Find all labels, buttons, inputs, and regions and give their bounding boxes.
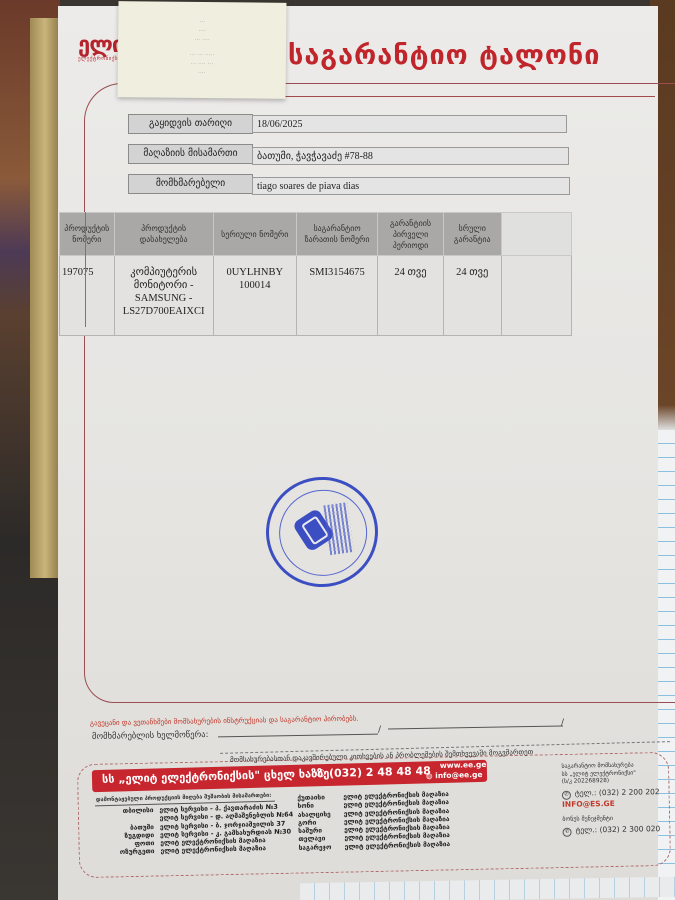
store-address-value: ბათუმი, ჭავჭავაძე #78-88 <box>252 147 569 165</box>
globe-icon: ◍ <box>426 771 435 780</box>
customer-label: მომხმარებელი <box>128 174 253 194</box>
phone-icon: ✆ <box>562 790 571 799</box>
cell-warranty-card: SMI3154675 <box>296 256 377 336</box>
document-title: საგარანტიო ტალონი <box>288 40 600 71</box>
contact-phone2: ტელ.: (032) 2 300 020 <box>575 824 660 834</box>
website-link[interactable]: www.ee.ge <box>440 760 487 770</box>
contact-phone2-row: ✆ტელ.: (032) 2 300 020 <box>562 825 660 837</box>
signature-label: მომხმარებლის ხელმოწერა: <box>92 730 209 742</box>
sticky-note: ... .... ... .... ... ... ..... ... ....… <box>118 1 287 99</box>
logo-mark: ელი <box>78 36 123 56</box>
store-city: ოზურგეთი <box>96 847 160 857</box>
table-row: 197075 კომპიუტერის მონიტორი - SAMSUNG - … <box>60 256 572 336</box>
phone-icon: ✆ <box>562 827 571 836</box>
phone-icon: ✆ <box>316 767 329 780</box>
warranty-contact: საგარანტიო მომსახურება სს „ელიტ ელექტრონ… <box>561 762 660 836</box>
logo-subtitle: ელექტრონიქსი <box>78 56 123 62</box>
sticky-line: .... <box>118 66 286 77</box>
cell-serial-number: 0UYLHNBY 100014 <box>213 256 296 336</box>
col-warranty-card: საგარანტიო ზარათის ნომერი <box>296 213 377 256</box>
contact-email[interactable]: INFO@ES.GE <box>562 799 660 808</box>
margin-line <box>85 212 86 327</box>
contact-dept2: ბონუს მენეჯმენტი <box>562 814 660 823</box>
banner-phone-number: (032) 2 48 48 48 <box>329 764 431 780</box>
cell-product-name: კომპიუტერის მონიტორი - SAMSUNG - LS27D70… <box>114 256 213 336</box>
signature-separator: / <box>378 725 381 735</box>
products-table: პროდუქტის ნომერი პროდუქტის დასახელება სე… <box>59 212 572 336</box>
cell-first-period: 24 თვე <box>378 256 444 336</box>
sale-date-label: გაყიდვის თარიღი <box>128 114 253 134</box>
contact-phone: ტელ.: (032) 2 200 202 <box>575 787 660 797</box>
banner-company: სს „ელიტ ელექტრონიქსის" ცხელ ხაზზე <box>102 767 330 786</box>
contact-phone-row: ✆ტელ.: (032) 2 200 202 <box>562 788 660 800</box>
col-product-number: პროდუქტის ნომერი <box>60 213 115 256</box>
banner-web: www.ee.ge ◍ info@ee.ge <box>426 760 487 782</box>
col-serial-number: სერიული ნომერი <box>213 213 296 256</box>
company-logo: ელი ელექტრონიქსი <box>78 36 123 62</box>
cell-product-number: 197075 <box>60 256 115 336</box>
cell-full-warranty: 24 თვე <box>443 256 501 336</box>
signature-separator: / <box>561 718 564 728</box>
col-empty <box>501 213 571 256</box>
sale-date-value: 18/06/2025 <box>252 115 567 133</box>
cell-empty <box>501 256 571 336</box>
store-city: საგარეჯო <box>299 843 345 852</box>
col-product-name: პროდუქტის დასახელება <box>114 213 213 256</box>
store-address-label: მაღაზიის მისამართი <box>128 144 253 164</box>
stores-list-left: თბილისიელიტ სერვისი - პ. ქავთარაძის №3 ე… <box>95 802 294 857</box>
col-first-period: გარანტიის პირველი პერიოდი <box>378 213 444 256</box>
email-link[interactable]: info@ee.ge <box>435 770 483 780</box>
customer-value: tiago soares de piava dias <box>252 177 570 195</box>
col-full-warranty: სრული გარანტია <box>443 213 501 256</box>
stores-list-right: ქუთაისიელიტ ელექტრონიქსის მაღაზია ხონიელ… <box>297 790 450 852</box>
sticky-line: ... .... <box>118 33 286 44</box>
background-frame <box>30 18 60 578</box>
banner-phone: ✆ (032) 2 48 48 48 <box>316 764 431 780</box>
contact-code: (ს/კ 202268928) <box>562 777 660 786</box>
